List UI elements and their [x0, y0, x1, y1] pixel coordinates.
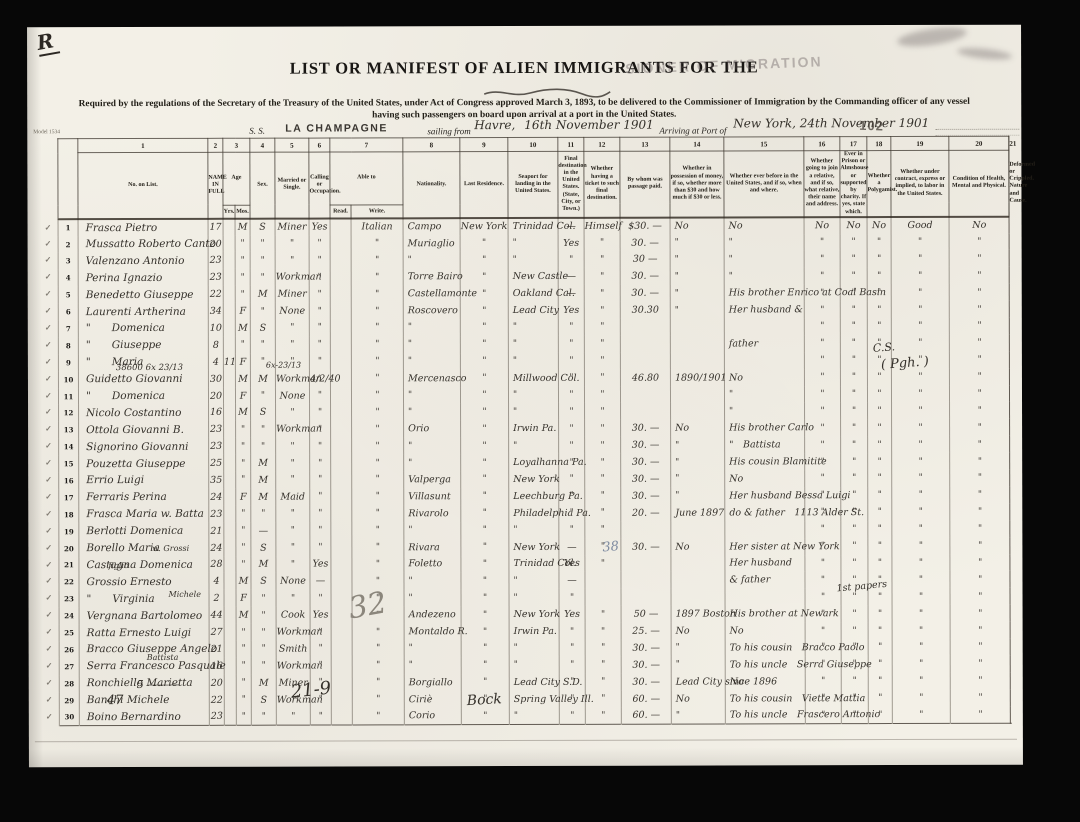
row-number-cell: ✓22 [59, 574, 79, 591]
column-header: Whether under contract, express or impli… [891, 150, 949, 216]
manifest-cell: 30 [208, 370, 223, 387]
column-number: 15 [724, 137, 804, 151]
column-number: 1 [78, 138, 208, 152]
ss-prefix: S. S. [249, 126, 265, 136]
manifest-cell: F [235, 387, 250, 404]
manifest-cell: " [250, 303, 275, 320]
manifest-cell: New York [509, 539, 559, 556]
manifest-cell: " [309, 387, 330, 404]
manifest-cell [223, 303, 235, 320]
column-header: By whom was passage paid. [620, 151, 670, 217]
manifest-cell: " [805, 673, 841, 690]
manifest-cell: " [950, 622, 1010, 639]
manifest-cell: No [671, 538, 725, 555]
manifest-cell: Yes [309, 218, 330, 235]
row-number-cell: ✓13 [59, 422, 79, 439]
manifest-cell: " [804, 251, 840, 268]
row-number-cell: ✓7 [58, 320, 78, 337]
manifest-cell: " [309, 336, 330, 353]
manifest-cell: " [559, 657, 585, 674]
manifest-cell [223, 387, 235, 404]
manifest-cell: " [892, 605, 950, 622]
manifest-cell: " [950, 706, 1010, 723]
manifest-cell: " [950, 402, 1010, 419]
manifest-cell: Torre Bairo [403, 269, 460, 286]
column-header: Condition of Health, Mental and Physical… [949, 150, 1009, 216]
manifest-cell: 30. — [621, 437, 671, 454]
manifest-cell: " [559, 403, 585, 420]
manifest-cell: " [309, 353, 330, 370]
row-number-cell: ✓10 [58, 371, 78, 388]
manifest-cell: " [867, 301, 891, 318]
manifest-cell: " [352, 488, 404, 505]
manifest-cell: " [460, 387, 508, 404]
manifest-cell: " [725, 403, 805, 420]
checkmark: ✓ [45, 525, 52, 535]
manifest-cell: " [460, 268, 508, 285]
manifest-cell: Castagna Domenica [79, 556, 209, 573]
manifest-cell: " [805, 555, 841, 572]
manifest-cell: " [559, 420, 585, 437]
manifest-cell: Valperga [404, 471, 461, 488]
column-number: 16 [804, 137, 840, 151]
checkmark: ✓ [46, 609, 53, 619]
row-number-cell: ✓29 [59, 692, 79, 709]
manifest-cell: " [584, 234, 620, 251]
manifest-cell: " [867, 267, 891, 284]
manifest-cell [330, 319, 351, 336]
manifest-cell: Irwin Pa. [509, 623, 559, 640]
ink-smudge [896, 24, 968, 50]
manifest-cell: " [352, 522, 404, 539]
manifest-cell: Mercenasco [403, 370, 460, 387]
manifest-cell: 4 [208, 354, 223, 371]
manifest-cell: " [460, 336, 508, 353]
manifest-cell: " [558, 386, 584, 403]
manifest-cell: 22 [208, 286, 223, 303]
checkmark: ✓ [46, 694, 53, 704]
manifest-cell: " [950, 419, 1010, 436]
column-header: Ever in Prison or Almshouse or supported… [840, 151, 867, 217]
manifest-cell: Signorino Giovanni [79, 438, 209, 455]
arriving-label: Arriving at Port of [659, 125, 726, 135]
manifest-cell: 27 [209, 624, 224, 641]
manifest-cell: Yes [310, 556, 331, 573]
manifest-cell: F [236, 489, 251, 506]
manifest-cell: " [841, 403, 868, 420]
manifest-cell: Valenzano Antonio [78, 252, 208, 269]
manifest-cell: " [585, 657, 621, 674]
manifest-cell: " [352, 404, 404, 421]
column-header: Age [223, 152, 250, 205]
manifest-cell: " [276, 455, 310, 472]
column-header: Whether having a ticket to such final de… [584, 151, 620, 217]
manifest-cell: " [841, 419, 868, 436]
manifest-cell: " [236, 438, 251, 455]
manifest-cell: " [352, 623, 404, 640]
checkmark: ✓ [45, 576, 52, 586]
manifest-cell: " [670, 268, 724, 285]
manifest-cell: " [251, 505, 276, 522]
row-number-cell: ✓28 [59, 675, 79, 692]
manifest-cell: " [461, 488, 509, 505]
manifest-cell: No [670, 217, 724, 234]
manifest-cell: Serra Francesco Pasquale [79, 658, 209, 675]
manifest-cell: 17 [208, 218, 223, 235]
manifest-cell: " [508, 387, 558, 404]
manifest-cell: " [804, 369, 840, 386]
manifest-cell [671, 555, 725, 572]
manifest-cell: " [585, 437, 621, 454]
manifest-cell: " [868, 656, 892, 673]
manifest-cell: " [840, 234, 867, 251]
manifest-cell: " [949, 335, 1009, 352]
column-header: Seaport for landing in the United States… [508, 151, 558, 217]
manifest-cell: Frasca Maria w. Batta [79, 506, 209, 523]
row22-figlio-note: figlio [108, 561, 128, 570]
row10-calling-note: 6x-23/13 [266, 361, 301, 370]
manifest-cell: " [724, 234, 804, 251]
column-number: 3 [223, 138, 250, 152]
manifest-cell: " [892, 588, 950, 605]
manifest-cell: " Domenica [78, 387, 208, 404]
manifest-cell: " [950, 520, 1010, 537]
manifest-cell: To his uncle Frascero Antonio [725, 707, 805, 724]
manifest-cell [223, 269, 235, 286]
manifest-cell: " [404, 640, 461, 657]
manifest-cell: Ciriè [404, 691, 461, 708]
row-number-cell: ✓20 [59, 540, 79, 557]
row-number-cell: ✓3 [58, 253, 78, 270]
manifest-cell: 50 — [621, 606, 671, 623]
manifest-cell: " [460, 370, 508, 387]
manifest-cell: " [949, 284, 1009, 301]
manifest-cell: " [585, 606, 621, 623]
manifest-cell: " [509, 522, 559, 539]
manifest-cell: " [251, 624, 276, 641]
checkmark: ✓ [45, 339, 52, 349]
manifest-cell: " [559, 522, 585, 539]
manifest-cell: Workman [276, 657, 310, 674]
column-number: 19 [891, 136, 949, 150]
manifest-cell: M [235, 218, 250, 235]
column-header: Calling or Occupation. [309, 152, 330, 218]
manifest-cell: Pouzetta Giuseppe [79, 455, 209, 472]
manifest-cell: " [867, 318, 891, 335]
manifest-cell: Trinidad Col. [509, 555, 559, 572]
manifest-cell [331, 691, 352, 708]
column-header: Last Residence. [460, 152, 508, 218]
manifest-cell [330, 218, 351, 235]
manifest-cell: " [950, 436, 1010, 453]
row-number-cell: ✓11 [58, 388, 78, 405]
manifest-cell [224, 539, 236, 556]
manifest-cell: 20 [208, 387, 223, 404]
manifest-cell: Andezeno [404, 606, 461, 623]
manifest-cell: " [236, 472, 251, 489]
column-header: Whether ever before in the United States… [724, 151, 804, 217]
manifest-cell: " [352, 438, 404, 455]
manifest-cell: Leechburg Pa. [509, 488, 559, 505]
manifest-cell: " [950, 672, 1010, 689]
manifest-cell [621, 589, 671, 606]
manifest-cell: " [804, 318, 840, 335]
row-number-cell: ✓24 [59, 607, 79, 624]
row-number-cell: ✓1 [58, 219, 78, 236]
checkmark: ✓ [45, 424, 52, 434]
manifest-cell: & father [725, 572, 805, 589]
checkmark: ✓ [45, 356, 52, 366]
row-number-cell: ✓23 [59, 590, 79, 607]
row-number-cell: ✓14 [59, 438, 79, 455]
manifest-cell: " [559, 640, 585, 657]
manifest-cell: " [509, 640, 559, 657]
manifest-cell: " [250, 387, 275, 404]
manifest-cell: " [276, 404, 310, 421]
manifest-cell: Her husband Bessa Luigi [725, 487, 805, 504]
manifest-cell: " [276, 472, 310, 489]
manifest-cell: " [868, 690, 892, 707]
manifest-cell: — [559, 538, 585, 555]
manifest-cell: " [950, 605, 1010, 622]
manifest-cell: 10 [208, 320, 223, 337]
manifest-cell: " [310, 455, 331, 472]
manifest-cell: " [235, 235, 250, 252]
manifest-cell: " [840, 267, 867, 284]
manifest-cell: " [949, 267, 1009, 284]
manifest-cell [620, 386, 670, 403]
manifest-cell: 30. — [621, 673, 671, 690]
manifest-cell: M [250, 286, 275, 303]
manifest-cell [331, 438, 352, 455]
cs-note: C.S. [872, 340, 895, 355]
manifest-cell: " [891, 267, 949, 284]
manifest-cell: His cousin Blamitite [725, 453, 805, 470]
row-number-cell: ✓9 [58, 354, 78, 371]
manifest-cell: " [251, 657, 276, 674]
page-number-stamp: 102 [859, 118, 884, 134]
manifest-cell [330, 252, 351, 269]
manifest-cell: " [461, 589, 509, 606]
manifest-cell: Grossio Ernesto [79, 573, 209, 590]
manifest-cell: " [584, 302, 620, 319]
manifest-cell [331, 421, 352, 438]
manifest-cell: " [251, 641, 276, 658]
manifest-cell: " [891, 284, 949, 301]
manifest-cell: " [460, 302, 508, 319]
manifest-cell: 24 [209, 489, 224, 506]
manifest-cell: " [950, 639, 1010, 656]
manifest-cell: " [671, 454, 725, 471]
manifest-cell: " [671, 437, 725, 454]
manifest-cell: Campo [403, 218, 460, 235]
column-number: 5 [275, 138, 309, 152]
manifest-cell: " [351, 269, 403, 286]
manifest-cell: M [235, 370, 250, 387]
manifest-cell: 46.80 [620, 369, 670, 386]
column-subheader: Yrs. [223, 205, 235, 219]
manifest-cell [331, 505, 352, 522]
manifest-cell: " [351, 319, 403, 336]
manifest-cell: " [841, 555, 868, 572]
manifest-cell: " [804, 352, 840, 369]
manifest-cell: 34 [208, 303, 223, 320]
manifest-cell [224, 624, 236, 641]
column-subheader: Mos. [235, 205, 250, 219]
manifest-cell: " [841, 673, 868, 690]
manifest-cell: " [584, 251, 620, 268]
manifest-cell [724, 318, 804, 335]
manifest-cell: S [250, 320, 275, 337]
manifest-cell: Mussatto Roberto Canto [78, 235, 208, 252]
manifest-cell: " [584, 319, 620, 336]
manifest-cell: 30. — [621, 656, 671, 673]
manifest-cell: S [251, 539, 276, 556]
manifest-cell: " [509, 437, 559, 454]
manifest-cell: " [805, 403, 841, 420]
manifest-cell: " [310, 522, 331, 539]
manifest-cell: " [949, 385, 1009, 402]
manifest-cell: " [950, 453, 1010, 470]
manifest-cell: Rivarolo [404, 505, 461, 522]
manifest-cell: " [352, 556, 404, 573]
manifest-cell [223, 235, 235, 252]
pencil-flourish: 32 [346, 585, 390, 626]
manifest-cell: " [461, 539, 509, 556]
manifest-cell: " [891, 335, 949, 352]
manifest-cell: " [251, 607, 276, 624]
manifest-cell: Yes [558, 302, 584, 319]
manifest-cell: Miner [275, 286, 309, 303]
manifest-cell: Himself [584, 217, 620, 234]
manifest-cell: " [585, 454, 621, 471]
manifest-cell: None [275, 303, 309, 320]
manifest-cell: Cook [276, 607, 310, 624]
manifest-cell: " [559, 623, 585, 640]
column-header: Able to [330, 152, 403, 205]
manifest-cell: " [275, 235, 309, 252]
manifest-cell [224, 438, 236, 455]
manifest-cell: " [559, 589, 585, 606]
manifest-cell: " [892, 537, 950, 554]
checkmark: ✓ [45, 491, 52, 501]
manifest-cell: " [724, 268, 804, 285]
manifest-cell: 1890/1901 [670, 369, 724, 386]
manifest-cell: 60. — [621, 690, 671, 707]
manifest-cell: " [585, 521, 621, 538]
manifest-cell: " [671, 471, 725, 488]
manifest-cell: " [352, 471, 404, 488]
manifest-cell [671, 572, 725, 589]
manifest-cell [223, 337, 235, 354]
column-number: 20 [949, 136, 1009, 150]
checkmark: ✓ [46, 711, 53, 721]
manifest-cell: " [351, 235, 403, 252]
manifest-cell: New York [509, 606, 559, 623]
manifest-cell: " [950, 487, 1010, 504]
manifest-cell: " [891, 301, 949, 318]
manifest-cell: 24 [209, 539, 224, 556]
column-header: Whether in possession of money, if so, w… [670, 151, 724, 217]
manifest-cell: " [352, 657, 404, 674]
manifest-cell [331, 657, 352, 674]
manifest-cell: " [250, 235, 275, 252]
manifest-cell: M [251, 489, 276, 506]
manifest-cell: " Domenica [78, 320, 208, 337]
manifest-cell: Philadelphia Pa. [509, 505, 559, 522]
manifest-cell: " [950, 537, 1010, 554]
manifest-cell: " [892, 622, 950, 639]
manifest-cell: " [868, 470, 892, 487]
manifest-cell: Benedetto Giuseppe [78, 286, 208, 303]
manifest-cell: Irwin Pa. [509, 420, 559, 437]
manifest-cell: " [584, 336, 620, 353]
manifest-cell: " [949, 318, 1009, 335]
manifest-cell: 30. — [621, 454, 671, 471]
manifest-cell: Good [891, 217, 949, 234]
manifest-cell [224, 556, 236, 573]
manifest-cell: " [867, 234, 891, 251]
manifest-cell: 30. — [620, 234, 670, 251]
manifest-cell: New York [509, 471, 559, 488]
manifest-cell [224, 658, 236, 675]
manifest-cell: " [276, 438, 310, 455]
manifest-cell: " [892, 470, 950, 487]
column-number: 6 [309, 138, 330, 152]
column-header: Whether going to join a relative, and if… [804, 151, 840, 217]
manifest-cell: New York [460, 218, 508, 235]
manifest-cell: " [309, 252, 330, 269]
manifest-cell: " [558, 319, 584, 336]
row-number-cell: ✓30 [59, 709, 79, 726]
manifest-cell [671, 589, 725, 606]
ship-line: S. S. LA CHAMPAGNE sailing from Havre, 1… [27, 25, 1021, 28]
manifest-cell: " [276, 539, 310, 556]
manifest-cell: " [310, 488, 331, 505]
manifest-cell: " [250, 269, 275, 286]
manifest-cell: No [724, 217, 804, 234]
manifest-cell [725, 589, 805, 606]
manifest-cell [724, 352, 804, 369]
column-header: Nationality. [403, 152, 460, 218]
bottom-rule [35, 739, 1017, 743]
checkmark: ✓ [45, 474, 52, 484]
manifest-cell: " [310, 438, 331, 455]
manifest-cell: Ferraris Perina [79, 489, 209, 506]
manifest-cell: 4 [209, 573, 224, 590]
manifest-cell: To his uncle Serra Giuseppe [725, 656, 805, 673]
column-subheader: Write. [351, 205, 403, 219]
manifest-cell: " [840, 386, 867, 403]
manifest-cell [331, 640, 352, 657]
manifest-cell: " [841, 470, 868, 487]
manifest-cell [330, 269, 351, 286]
manifest-cell [224, 404, 236, 421]
money-38-pencil: 38 [602, 539, 620, 555]
row-number-cell: ✓8 [58, 337, 78, 354]
checkmark: ✓ [45, 542, 52, 552]
ship-name: LA CHAMPAGNE [285, 122, 388, 134]
manifest-cell: " [310, 472, 331, 489]
manifest-cell: " [275, 336, 309, 353]
manifest-cell: " [724, 251, 804, 268]
manifest-cell: Vergnana Bartolomeo [79, 607, 209, 624]
manifest-cell [621, 555, 671, 572]
checkmark: ✓ [45, 559, 52, 569]
manifest-cell: M [251, 556, 276, 573]
column-number: 18 [867, 137, 891, 151]
manifest-cell: " [461, 471, 509, 488]
